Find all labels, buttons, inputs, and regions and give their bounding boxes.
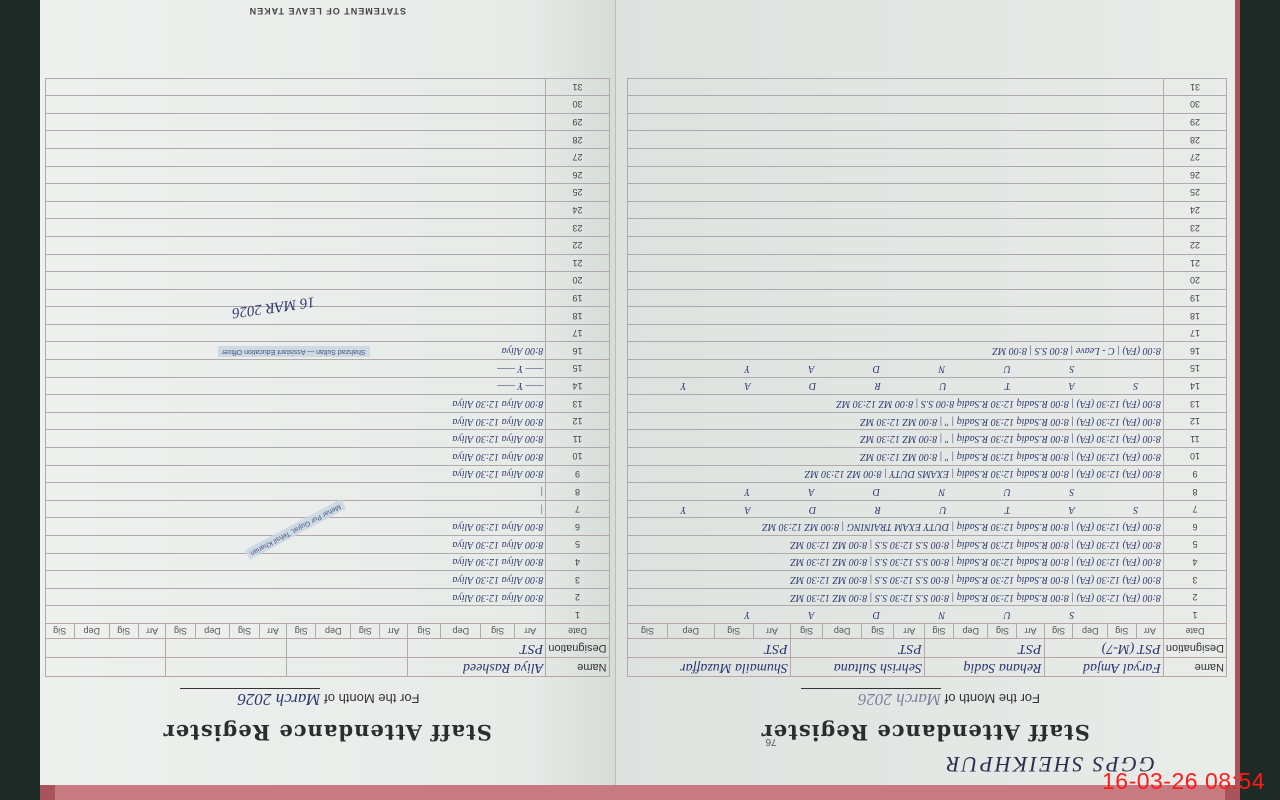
row-entry <box>45 166 546 184</box>
row-entry <box>45 219 546 237</box>
row-entry <box>628 184 1164 202</box>
table-row: 1S U N D A Y <box>628 606 1227 624</box>
row-date: 4 <box>546 553 609 571</box>
table-row: 26 <box>628 166 1227 184</box>
row-date: 22 <box>546 236 609 254</box>
table-row: 23 <box>628 219 1227 237</box>
table-row: 21 <box>45 254 609 272</box>
row-date: 16 <box>1163 342 1226 360</box>
row-date: 25 <box>546 184 609 202</box>
row-date: 11 <box>546 430 609 448</box>
table-row: 58:00 (FA) 12:30 (FA) | 8:00 R.Sadiq 12:… <box>628 536 1227 554</box>
row-date: 22 <box>1163 236 1226 254</box>
row-entry: 8:00 Aliya 12:30 Aliya <box>45 412 546 430</box>
row-date: 7 <box>1163 500 1226 518</box>
row-date: 28 <box>1163 131 1226 149</box>
row-entry <box>628 78 1164 96</box>
row-entry <box>45 606 546 624</box>
row-date: 3 <box>546 571 609 589</box>
row-date: 17 <box>546 324 609 342</box>
row-entry: 8:00 (FA) 12:30 (FA) | 8:00 R.Sadiq 12:3… <box>628 571 1164 589</box>
officer-stamp: Shahzad Sultan — Assistant Education Off… <box>218 346 370 357</box>
row-entry <box>45 201 546 219</box>
row-entry: S U N D A Y <box>628 483 1164 501</box>
row-entry: 8:00 (FA) 12:30 (FA) | 8:00 R.Sadiq 12:3… <box>628 448 1164 466</box>
row-date: 28 <box>546 131 609 149</box>
row-entry: S A T U R D A Y <box>628 377 1164 395</box>
table-row: 48:00 Aliya 12:30 Aliya <box>45 553 609 571</box>
row-date: 29 <box>1163 113 1226 131</box>
row-date: 26 <box>1163 166 1226 184</box>
column-header: Arr <box>138 624 166 639</box>
row-date: 24 <box>546 201 609 219</box>
row-entry: | <box>45 483 546 501</box>
row-entry <box>45 148 546 166</box>
row-date: 18 <box>546 307 609 325</box>
row-entry: 8:00 Aliya 12:30 Aliya <box>45 395 546 413</box>
row-date: 19 <box>546 289 609 307</box>
table-row: 24 <box>45 201 609 219</box>
row-date: 10 <box>1163 448 1226 466</box>
column-header: Arr <box>259 624 287 639</box>
table-row: 28:00 (FA) 12:30 (FA) | 8:00 R.Sadiq 12:… <box>628 588 1227 606</box>
row-entry: 8:00 (FA) 12:30 (FA) | 8:00 R.Sadiq 12:3… <box>628 412 1164 430</box>
table-row: 27 <box>628 148 1227 166</box>
table-row: 19 <box>45 289 609 307</box>
table-row: 23 <box>45 219 609 237</box>
page-title: Staff Attendance Register <box>616 720 1235 745</box>
row-date: 12 <box>1163 412 1226 430</box>
row-date: 25 <box>1163 184 1226 202</box>
column-header: Arr <box>380 624 408 639</box>
row-date: 1 <box>1163 606 1226 624</box>
table-row: 26 <box>45 166 609 184</box>
table-row: 19 <box>628 289 1227 307</box>
row-entry: 8:00 Aliya 12:30 Aliya <box>45 536 546 554</box>
row-entry: 8:00 Aliya 12:30 Aliya <box>45 571 546 589</box>
row-date: 24 <box>1163 201 1226 219</box>
column-header: Dep <box>441 624 481 639</box>
table-row: 30 <box>45 96 609 114</box>
row-date: 31 <box>546 78 609 96</box>
table-row: 22 <box>45 236 609 254</box>
row-date: 10 <box>546 448 609 466</box>
table-row: 108:00 Aliya 12:30 Aliya <box>45 448 609 466</box>
row-entry <box>628 113 1164 131</box>
column-header: Sig <box>481 624 514 639</box>
row-date: 23 <box>546 219 609 237</box>
row-date: 9 <box>1163 465 1226 483</box>
name-label: Name <box>546 658 609 677</box>
column-header: Sig <box>166 624 195 639</box>
table-row: 68:00 (FA) 12:30 (FA) | 8:00 R.Sadiq 12:… <box>628 518 1227 536</box>
table-row: 1 <box>45 606 609 624</box>
row-entry <box>628 131 1164 149</box>
table-row: 58:00 Aliya 12:30 Aliya <box>45 536 609 554</box>
column-header: Dep <box>316 624 351 639</box>
column-header-row: Date Arr Sig Dep Sig Arr Sig Dep Sig Arr… <box>45 624 609 639</box>
row-date: 8 <box>546 483 609 501</box>
row-date: 15 <box>1163 360 1226 378</box>
row-date: 3 <box>1163 571 1226 589</box>
table-row: 24 <box>628 201 1227 219</box>
column-header: Dep <box>74 624 109 639</box>
table-row: 108:00 (FA) 12:30 (FA) | 8:00 R.Sadiq 12… <box>628 448 1227 466</box>
row-entry <box>628 96 1164 114</box>
register-page-secondary: Staff Attendance Register For the Month … <box>40 0 615 785</box>
row-date: 20 <box>546 272 609 290</box>
row-entry: 8:00 (FA) 12:30 (FA) | 8:00 R.Sadiq 12:3… <box>628 536 1164 554</box>
column-header: Sig <box>109 624 138 639</box>
table-row: 48:00 (FA) 12:30 (FA) | 8:00 R.Sadiq 12:… <box>628 553 1227 571</box>
table-row: 17 <box>45 324 609 342</box>
row-date: 30 <box>1163 96 1226 114</box>
row-entry <box>45 78 546 96</box>
table-row: 27 <box>45 148 609 166</box>
row-date: 6 <box>1163 518 1226 536</box>
column-header: Sig <box>988 624 1017 639</box>
row-entry: 8:00 (FA) | C - Leave | 8:00 S.S | 8:00 … <box>628 342 1164 360</box>
row-entry <box>45 96 546 114</box>
row-entry: 8:00 Aliya 12:30 Aliya <box>45 448 546 466</box>
name-label: Name <box>1163 658 1226 677</box>
row-date: 21 <box>1163 254 1226 272</box>
month-value: March 2026 <box>801 688 941 709</box>
row-entry: 8:00 Aliya 12:30 Aliya <box>45 553 546 571</box>
row-entry: 8:00 Aliya 12:30 Aliya <box>45 588 546 606</box>
column-header: Sig <box>714 624 753 639</box>
column-header: Arr <box>894 624 925 639</box>
table-row: 38:00 Aliya 12:30 Aliya <box>45 571 609 589</box>
row-entry: S A T U R D A Y <box>628 500 1164 518</box>
month-value: March 2026 <box>181 688 321 709</box>
table-row: 138:00 (FA) 12:30 (FA) | 8:00 R.Sadiq 12… <box>628 395 1227 413</box>
month-label: For the Month of <box>324 691 419 706</box>
row-entry: 8:00 (FA) 12:30 (FA) | 8:00 R.Sadiq 12:3… <box>628 430 1164 448</box>
table-row: 118:00 (FA) 12:30 (FA) | 8:00 R.Sadiq 12… <box>628 430 1227 448</box>
row-entry <box>628 289 1164 307</box>
table-row: 25 <box>628 184 1227 202</box>
designation-label: Designation <box>1163 639 1226 658</box>
row-entry <box>628 272 1164 290</box>
row-date: 18 <box>1163 307 1226 325</box>
table-row: 20 <box>628 272 1227 290</box>
column-header: Sig <box>287 624 316 639</box>
row-entry: 8:00 (FA) 12:30 (FA) | 8:00 R.Sadiq 12:3… <box>628 588 1164 606</box>
table-row: 30 <box>628 96 1227 114</box>
row-date: 26 <box>546 166 609 184</box>
table-row: 21 <box>628 254 1227 272</box>
row-date: 13 <box>1163 395 1226 413</box>
column-header: Sig <box>925 624 954 639</box>
row-entry <box>45 131 546 149</box>
column-header: Arr <box>1136 624 1163 639</box>
staff-designation: PST <box>407 639 545 658</box>
row-entry <box>45 324 546 342</box>
row-entry: 8:00 (FA) 12:30 (FA) | 8:00 R.Sadiq 12:3… <box>628 465 1164 483</box>
table-row: 31 <box>628 78 1227 96</box>
column-header: Arr <box>514 624 546 639</box>
table-row: 68:00 Aliya 12:30 Aliya <box>45 518 609 536</box>
month-label: For the Month of <box>945 691 1040 706</box>
column-header: Dep <box>953 624 988 639</box>
row-entry: S U N D A Y <box>628 360 1164 378</box>
table-row: 7S A T U R D A Y <box>628 500 1227 518</box>
table-row: 28:00 Aliya 12:30 Aliya <box>45 588 609 606</box>
table-row: 22 <box>628 236 1227 254</box>
column-header: Sig <box>1044 624 1073 639</box>
column-header: Sig <box>230 624 259 639</box>
column-header: Sig <box>628 624 668 639</box>
table-row: 38:00 (FA) 12:30 (FA) | 8:00 R.Sadiq 12:… <box>628 571 1227 589</box>
row-date: 31 <box>1163 78 1226 96</box>
row-date: 4 <box>1163 553 1226 571</box>
table-row: 28 <box>45 131 609 149</box>
table-row: 18 <box>45 307 609 325</box>
column-header: Sig <box>45 624 74 639</box>
table-row: 25 <box>45 184 609 202</box>
column-header: Dep <box>823 624 862 639</box>
table-row: 138:00 Aliya 12:30 Aliya <box>45 395 609 413</box>
table-row: 15—— Y —— <box>45 360 609 378</box>
month-line: For the Month of March 2026 <box>181 688 420 709</box>
row-date: 30 <box>546 96 609 114</box>
attendance-table: Name Faryal Amjad Rehana Sadiq Sehrish S… <box>627 78 1227 677</box>
table-row: 128:00 Aliya 12:30 Aliya <box>45 412 609 430</box>
table-row: 98:00 Aliya 12:30 Aliya <box>45 465 609 483</box>
table-row: 14S A T U R D A Y <box>628 377 1227 395</box>
designation-label: Designation <box>546 639 609 658</box>
table-row: 31 <box>45 78 609 96</box>
row-entry <box>45 236 546 254</box>
column-header: Dep <box>195 624 230 639</box>
attendance-register-book: GGPS SHEIKHPUR 76 Staff Attendance Regis… <box>40 0 1235 785</box>
table-row: 20 <box>45 272 609 290</box>
attendance-table: Name Aliya Rasheed Designation PST Date … <box>45 78 610 677</box>
column-header: Dep <box>1073 624 1107 639</box>
row-date: 14 <box>1163 377 1226 395</box>
staff-name: Aliya Rasheed <box>407 658 545 677</box>
staff-designation: PST <box>925 639 1045 658</box>
row-date: 5 <box>1163 536 1226 554</box>
row-entry <box>628 324 1164 342</box>
column-header: Sig <box>1107 624 1136 639</box>
staff-designation: PST <box>790 639 924 658</box>
row-entry: | <box>45 500 546 518</box>
row-date: 20 <box>1163 272 1226 290</box>
row-date: 14 <box>546 377 609 395</box>
column-header: Arr <box>753 624 790 639</box>
table-row: 29 <box>628 113 1227 131</box>
row-date: 27 <box>546 148 609 166</box>
row-date: 1 <box>546 606 609 624</box>
row-entry: —— Y —— <box>45 377 546 395</box>
table-row: 168:00 (FA) | C - Leave | 8:00 S.S | 8:0… <box>628 342 1227 360</box>
table-row: 128:00 (FA) 12:30 (FA) | 8:00 R.Sadiq 12… <box>628 412 1227 430</box>
row-date: 7 <box>546 500 609 518</box>
column-header: Sig <box>790 624 822 639</box>
column-header: Arr <box>1017 624 1044 639</box>
row-date: 17 <box>1163 324 1226 342</box>
row-entry <box>628 219 1164 237</box>
row-entry: 8:00 (FA) 12:30 (FA) | 8:00 R.Sadiq 12:3… <box>628 553 1164 571</box>
row-date: 2 <box>546 588 609 606</box>
row-entry <box>45 272 546 290</box>
column-header: Date <box>546 624 609 639</box>
staff-name: Sehrish Sultana <box>790 658 924 677</box>
row-entry <box>628 254 1164 272</box>
row-date: 13 <box>546 395 609 413</box>
row-entry <box>628 148 1164 166</box>
column-header: Sig <box>351 624 380 639</box>
row-entry <box>628 166 1164 184</box>
row-date: 8 <box>1163 483 1226 501</box>
column-header-row: Date Arr Sig Dep Sig Arr Sig Dep Sig Arr… <box>628 624 1227 639</box>
table-row: 17 <box>628 324 1227 342</box>
row-entry: S U N D A Y <box>628 606 1164 624</box>
table-row: 29 <box>45 113 609 131</box>
row-date: 5 <box>546 536 609 554</box>
row-entry <box>45 254 546 272</box>
row-entry: 8:00 Aliya 12:30 Aliya <box>45 430 546 448</box>
row-entry <box>628 201 1164 219</box>
table-row: 18 <box>628 307 1227 325</box>
row-entry: 8:00 Aliya 12:30 Aliya <box>45 465 546 483</box>
row-date: 29 <box>546 113 609 131</box>
staff-name: Faryal Amjad <box>1044 658 1163 677</box>
column-header: Dep <box>667 624 714 639</box>
row-date: 27 <box>1163 148 1226 166</box>
row-entry <box>45 113 546 131</box>
row-date: 19 <box>1163 289 1226 307</box>
row-date: 2 <box>1163 588 1226 606</box>
staff-name: Shumaila Muzaffar <box>628 658 791 677</box>
row-date: 6 <box>546 518 609 536</box>
row-date: 15 <box>546 360 609 378</box>
staff-designation: PST <box>628 639 791 658</box>
row-entry <box>628 236 1164 254</box>
staff-name: Rehana Sadiq <box>925 658 1045 677</box>
row-date: 16 <box>546 342 609 360</box>
attendance-rows: 1S U N D A Y28:00 (FA) 12:30 (FA) | 8:00… <box>628 78 1227 623</box>
row-date: 12 <box>546 412 609 430</box>
table-row: 8S U N D A Y <box>628 483 1227 501</box>
column-header: Sig <box>407 624 440 639</box>
table-row: 8 | <box>45 483 609 501</box>
table-row: 118:00 Aliya 12:30 Aliya <box>45 430 609 448</box>
register-page-main: GGPS SHEIKHPUR 76 Staff Attendance Regis… <box>615 0 1235 785</box>
column-header: Sig <box>862 624 894 639</box>
photo-timestamp: 16-03-26 08:54 <box>1102 768 1265 795</box>
row-entry: 8:00 (FA) 12:30 (FA) | 8:00 R.Sadiq 12:3… <box>628 395 1164 413</box>
row-date: 9 <box>546 465 609 483</box>
table-row: 15S U N D A Y <box>628 360 1227 378</box>
row-entry: —— Y —— <box>45 360 546 378</box>
row-entry <box>45 184 546 202</box>
table-row: 98:00 (FA) 12:30 (FA) | 8:00 R.Sadiq 12:… <box>628 465 1227 483</box>
staff-designation: PST (M-7) <box>1044 639 1163 658</box>
row-entry: 8:00 (FA) 12:30 (FA) | 8:00 R.Sadiq 12:3… <box>628 518 1164 536</box>
row-entry <box>628 307 1164 325</box>
row-date: 23 <box>1163 219 1226 237</box>
page-title: Staff Attendance Register <box>40 720 615 745</box>
row-date: 21 <box>546 254 609 272</box>
table-row: 14—— Y —— <box>45 377 609 395</box>
row-date: 11 <box>1163 430 1226 448</box>
leave-statement-heading: STATEMENT OF LEAVE TAKEN <box>40 6 615 16</box>
column-header: Date <box>1163 624 1226 639</box>
table-row: 28 <box>628 131 1227 149</box>
month-line: For the Month of March 2026 <box>801 688 1040 709</box>
